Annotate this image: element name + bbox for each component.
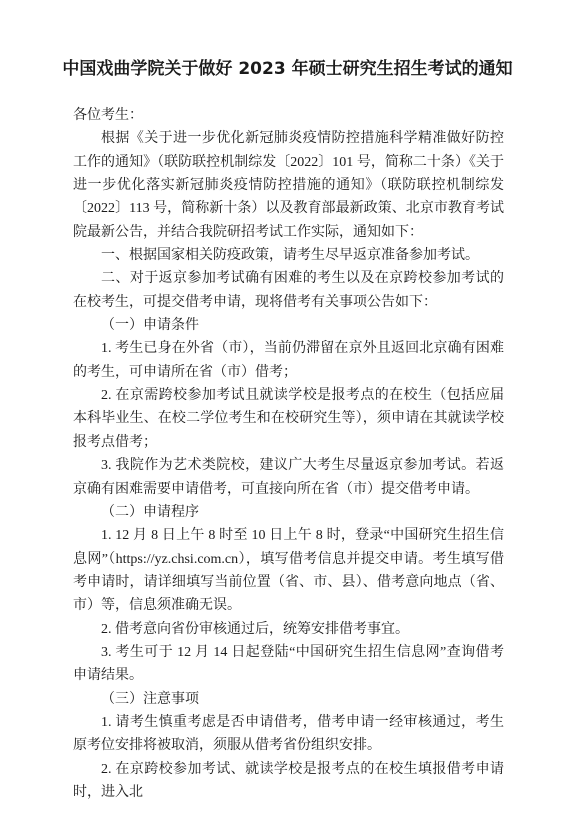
section-heading-notes: （三）注意事项 bbox=[73, 688, 504, 711]
document-page: 中国戏曲学院关于做好 2023 年硕士研究生招生考试的通知 各位考生： 根据《关… bbox=[0, 0, 575, 830]
paragraph-note-2: 2. 在京跨校参加考试、就读学校是报考点的在校生填报借考申请时，进入北 bbox=[73, 758, 504, 805]
paragraph-condition-2: 2. 在京需跨校参加考试且就读学校是报考点的在校生（包括应届本科毕业生、在校二学… bbox=[73, 384, 504, 454]
paragraph-procedure-3: 3. 考生可于 12 月 14 日起登陆“中国研究生招生信息网”查询借考申请结果… bbox=[73, 641, 504, 688]
paragraph-procedure-1: 1. 12 月 8 日上午 8 时至 10 日上午 8 时，登录“中国研究生招生… bbox=[73, 524, 504, 617]
paragraph-condition-3: 3. 我院作为艺术类院校，建议广大考生尽量返京参加考试。若返京确有困难需要申请借… bbox=[73, 454, 504, 501]
section-heading-application-conditions: （一）申请条件 bbox=[73, 314, 504, 337]
section-heading-application-procedure: （二）申请程序 bbox=[73, 501, 504, 524]
salutation: 各位考生： bbox=[73, 104, 504, 127]
paragraph-item-2: 二、对于返京参加考试确有困难的考生以及在京跨校参加考试的在校考生，可提交借考申请… bbox=[73, 267, 504, 314]
paragraph-item-1: 一、根据国家相关防疫政策，请考生尽早返京准备参加考试。 bbox=[73, 244, 504, 267]
paragraph-note-1: 1. 请考生慎重考虑是否申请借考，借考申请一经审核通过，考生原考位安排将被取消，… bbox=[73, 711, 504, 758]
document-body: 各位考生： 根据《关于进一步优化新冠肺炎疫情防控措施科学精准做好防控工作的通知》… bbox=[0, 104, 575, 804]
paragraph-procedure-2: 2. 借考意向省份审核通过后，统筹安排借考事宜。 bbox=[73, 618, 504, 641]
paragraph-condition-1: 1. 考生已身在外省（市），当前仍滞留在京外且返回北京确有困难的考生，可申请所在… bbox=[73, 337, 504, 384]
paragraph-basis: 根据《关于进一步优化新冠肺炎疫情防控措施科学精准做好防控工作的通知》（联防联控机… bbox=[73, 127, 504, 244]
document-title: 中国戏曲学院关于做好 2023 年硕士研究生招生考试的通知 bbox=[0, 56, 575, 82]
